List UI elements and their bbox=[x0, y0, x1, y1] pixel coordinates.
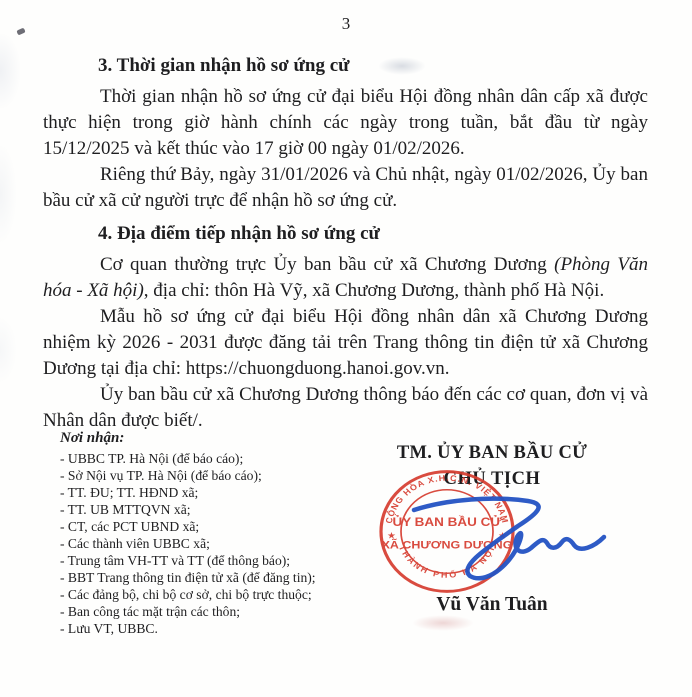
section-4-paragraph-2: Mẫu hồ sơ ứng cử đại biểu Hội đồng nhân … bbox=[43, 304, 648, 382]
section-3-paragraph-2: Riêng thứ Bảy, ngày 31/01/2026 và Chủ nh… bbox=[43, 162, 648, 214]
section-4-paragraph-3: Ủy ban bầu cử xã Chương Dương thông báo … bbox=[43, 382, 648, 434]
recipient-item: - Sở Nội vụ TP. Hà Nội (để báo cáo); bbox=[60, 467, 316, 484]
section-3-heading: 3. Thời gian nhận hồ sơ ứng cử bbox=[43, 53, 648, 79]
page-number: 3 bbox=[0, 14, 692, 34]
recipient-item: - BBT Trang thông tin điện tử xã (để đăn… bbox=[60, 569, 316, 586]
signature-ink-stroke bbox=[414, 499, 604, 579]
recipient-item: - Lưu VT, UBBC. bbox=[60, 620, 316, 637]
scan-streak bbox=[0, 146, 16, 242]
signature-org-line: TM. ỦY BAN BẦU CỬ bbox=[358, 443, 626, 464]
paragraph-text: Cơ quan thường trực Ủy ban bầu cử xã Chư… bbox=[100, 254, 554, 275]
recipient-item: - Trung tâm VH-TT và TT (để thông báo); bbox=[60, 552, 316, 569]
scan-streak bbox=[0, 318, 16, 382]
recipient-item: - Các đảng bộ, chi bộ cơ sở, chi bộ trực… bbox=[60, 586, 316, 603]
recipients-title: Nơi nhận: bbox=[60, 430, 316, 447]
paragraph-text: , địa chỉ: thôn Hà Vỹ, xã Chương Dương, … bbox=[144, 280, 604, 301]
scan-streak bbox=[0, 34, 20, 108]
recipient-item: - CT, các PCT UBND xã; bbox=[60, 518, 316, 535]
recipient-item: - TT. ĐU; TT. HĐND xã; bbox=[60, 484, 316, 501]
document-body: 3. Thời gian nhận hồ sơ ứng cử Thời gian… bbox=[43, 46, 648, 434]
recipient-item: - TT. UB MTTQVN xã; bbox=[60, 501, 316, 518]
section-4-paragraph-1: Cơ quan thường trực Ủy ban bầu cử xã Chư… bbox=[43, 252, 648, 304]
recipient-item: - Ban công tác mặt trận các thôn; bbox=[60, 603, 316, 620]
section-4-heading: 4. Địa điểm tiếp nhận hồ sơ ứng cử bbox=[43, 221, 648, 247]
section-3-paragraph-1: Thời gian nhận hồ sơ ứng cử đại biểu Hội… bbox=[43, 84, 648, 162]
handwritten-signature bbox=[398, 486, 610, 590]
recipient-item: - Các thành viên UBBC xã; bbox=[60, 535, 316, 552]
recipients-list: Nơi nhận: - UBBC TP. Hà Nội (để báo cáo)… bbox=[60, 430, 316, 637]
document-page: 3 3. Thời gian nhận hồ sơ ứng cử Thời gi… bbox=[0, 0, 692, 697]
scan-smudge bbox=[412, 615, 474, 631]
recipient-item: - UBBC TP. Hà Nội (để báo cáo); bbox=[60, 450, 316, 467]
signer-name: Vũ Văn Tuân bbox=[358, 594, 626, 616]
